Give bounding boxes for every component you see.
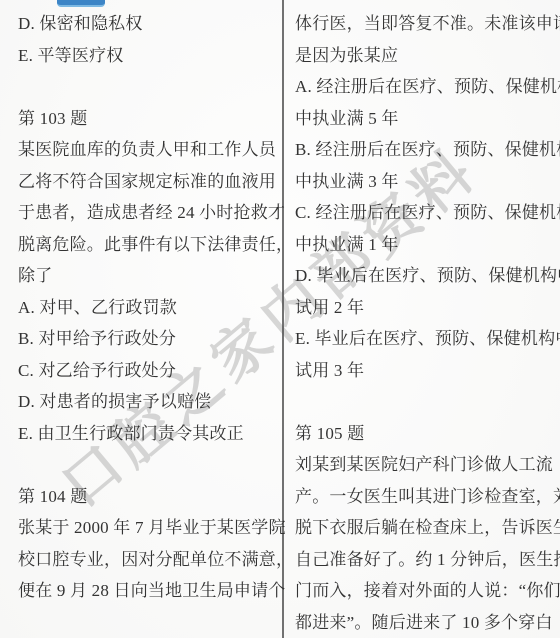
exam-document-page: 口腔之家内部资料 D. 保密和隐私权E. 平等医疗权第 103 题某医院血库的负… [0,0,560,638]
text-line: 体行医，当即答复不准。未准该申请 [295,8,555,40]
text-line: D. 保密和隐私权 [18,8,278,40]
text-line: 某医院血库的负责人甲和工作人员 [18,134,278,166]
text-line: 中执业满 1 年 [295,229,555,261]
text-line: 校口腔专业，因对分配单位不满意， [18,544,278,576]
text-line: 中执业满 3 年 [295,166,555,198]
text-line: 第 103 题 [18,103,278,135]
text-line: A. 经注册后在医疗、预防、保健机构 [295,71,555,103]
cropped-blue-button[interactable] [57,0,105,7]
text-line: 试用 3 年 [295,355,555,387]
text-line: A. 对甲、乙行政罚款 [18,292,278,324]
text-line: C. 经注册后在医疗、预防、保健机构 [295,197,555,229]
text-line [18,71,278,103]
text-line: B. 经注册后在医疗、预防、保健机构 [295,134,555,166]
text-line: 门而入，接着对外面的人说：“你们 [295,575,555,607]
text-line: B. 对甲给予行政处分 [18,323,278,355]
text-line: 脱离危险。此事件有以下法律责任， [18,229,278,261]
text-line: 产。一女医生叫其进门诊检查室，刘 [295,481,555,513]
text-line: 自己准备好了。约 1 分钟后，医生推 [295,544,555,576]
text-line: 都进来”。随后进来了 10 多个穿白 [295,607,555,638]
right-text-column: 体行医，当即答复不准。未准该申请是因为张某应A. 经注册后在医疗、预防、保健机构… [295,8,555,638]
text-line: 第 105 题 [295,418,555,450]
text-line: 刘某到某医院妇产科门诊做人工流 [295,449,555,481]
text-line: E. 平等医疗权 [18,40,278,72]
text-line: 脱下衣服后躺在检查床上，告诉医生 [295,512,555,544]
text-line: 张某于 2000 年 7 月毕业于某医学院 [18,512,278,544]
text-line: 乙将不符合国家规定标准的血液用 [18,166,278,198]
text-line: 中执业满 5 年 [295,103,555,135]
text-line: 于患者，造成患者经 24 小时抢救才 [18,197,278,229]
text-line [18,449,278,481]
text-line: 是因为张某应 [295,40,555,72]
left-text-column: D. 保密和隐私权E. 平等医疗权第 103 题某医院血库的负责人甲和工作人员乙… [18,8,278,607]
text-line: E. 毕业后在医疗、预防、保健机构中 [295,323,555,355]
text-line: 便在 9 月 28 日向当地卫生局申请个 [18,575,278,607]
text-line: 第 104 题 [18,481,278,513]
column-divider-line [282,0,284,638]
text-line: C. 对乙给予行政处分 [18,355,278,387]
text-line: E. 由卫生行政部门责令其改正 [18,418,278,450]
text-line: 试用 2 年 [295,292,555,324]
text-line: D. 对患者的损害予以赔偿 [18,386,278,418]
text-line [295,386,555,418]
text-line: D. 毕业后在医疗、预防、保健机构中 [295,260,555,292]
text-line: 除了 [18,260,278,292]
